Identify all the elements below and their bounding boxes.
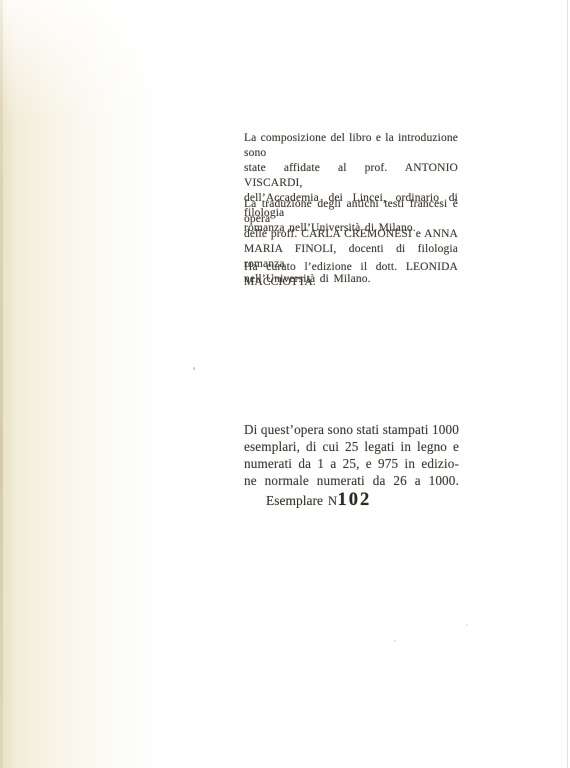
page-binding-shadow: [0, 0, 3, 768]
copy-label: Esemplare: [266, 493, 323, 508]
dust-speck: [193, 367, 195, 370]
text-line: Di quest’opera sono stati stampati 1000: [244, 421, 459, 438]
edition-statement-paragraph: Di quest’opera sono stati stampati 1000 …: [244, 421, 459, 489]
scanned-page: La composizione del libro e la introduzi…: [0, 0, 570, 768]
text-line: MACCIOTTA.: [244, 275, 458, 290]
dust-speck: [466, 624, 468, 626]
text-line: state affidate al prof. ANTONIO VISCARDI…: [244, 161, 458, 191]
text-line: Ha curato l’edizione il dott. LEONIDA: [244, 260, 458, 275]
copy-number-prefix: N: [328, 494, 338, 508]
text-line: La traduzione degli antichi testi france…: [244, 197, 458, 227]
text-line: ne normale numerati da 26 a 1000.: [244, 472, 459, 489]
text-line: delle proff. CARLA CREMONESI e ANNA: [244, 227, 458, 242]
dust-speck: [394, 640, 396, 642]
text-line: numerati da 1 a 25, e 975 in edizio-: [244, 455, 459, 472]
stamped-copy-number: 102: [338, 490, 372, 510]
text-line: La composizione del libro e la introduzi…: [244, 131, 458, 161]
credits-editor-paragraph: Ha curato l’edizione il dott. LEONIDA MA…: [244, 260, 458, 290]
copy-number-line: EsemplareN102: [266, 491, 371, 510]
page-edge-line: [567, 0, 568, 768]
text-line: esemplari, di cui 25 legati in legno e: [244, 438, 459, 455]
